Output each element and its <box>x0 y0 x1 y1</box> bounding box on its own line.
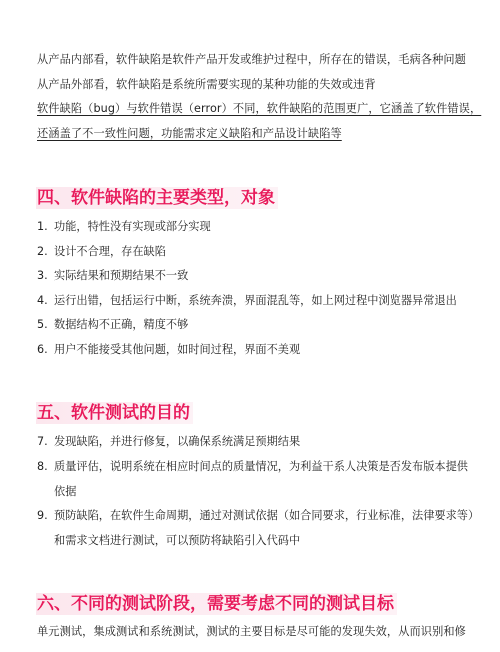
section-5-heading: 五、软件测试的目的 <box>36 402 193 424</box>
document-page: 从产品内部看，软件缺陷是软件产品开发或维护过程中，所存在的错误，毛病各种问题 从… <box>0 0 500 652</box>
list-item-number: 4. <box>37 294 54 308</box>
list-item-text: 预防缺陷，在软件生命周期，通过对测试依据（如合同要求，行业标准，法律要求等） <box>54 509 479 522</box>
list-item: 8.质量评估，说明系统在相应时间点的质量情况，为利益干系人决策是否发布版本提供 <box>37 460 468 474</box>
list-item-text: 用户不能接受其他问题，如时间过程，界面不美观 <box>54 343 300 356</box>
list-item: 2.设计不合理，存在缺陷 <box>37 245 166 259</box>
list-item: 9.预防缺陷，在软件生命周期，通过对测试依据（如合同要求，行业标准，法律要求等） <box>37 509 479 523</box>
list-item: 5.数据结构不正确，精度不够 <box>37 318 188 332</box>
list-item-text: 运行出错，包括运行中断，系统奔溃，界面混乱等，如上网过程中浏览器异常退出 <box>54 294 457 307</box>
list-item: 3.实际结果和预期结果不一致 <box>37 269 188 283</box>
intro-underlined-line-1: 软件缺陷（bug）与软件错误（error）不同，软件缺陷的范围更广，它涵盖了软件… <box>37 102 481 116</box>
list-item: 4.运行出错，包括运行中断，系统奔溃，界面混乱等，如上网过程中浏览器异常退出 <box>37 294 457 308</box>
list-item-number: 6. <box>37 343 54 357</box>
intro-line-1: 从产品内部看，软件缺陷是软件产品开发或维护过程中，所存在的错误，毛病各种问题 <box>37 53 466 67</box>
list-item-number: 5. <box>37 318 54 332</box>
list-item-text: 质量评估，说明系统在相应时间点的质量情况，为利益干系人决策是否发布版本提供 <box>54 460 468 473</box>
list-item-number: 2. <box>37 245 54 259</box>
list-item-text: 发现缺陷，并进行修复，以确保系统满足预期结果 <box>54 435 300 448</box>
list-item-text: 实际结果和预期结果不一致 <box>54 269 188 282</box>
list-item-number: 7. <box>37 435 54 449</box>
list-item-number: 8. <box>37 460 54 474</box>
list-item: 6.用户不能接受其他问题，如时间过程，界面不美观 <box>37 343 300 357</box>
list-item-number: 1. <box>37 220 54 234</box>
list-item-text: 数据结构不正确，精度不够 <box>54 318 188 331</box>
list-item-continuation: 依据 <box>54 485 76 499</box>
list-item-continuation: 和需求文档进行测试，可以预防将缺陷引入代码中 <box>54 534 300 548</box>
list-item-number: 9. <box>37 509 54 523</box>
intro-line-2: 从产品外部看，软件缺陷是系统所需要实现的某种功能的失效或违背 <box>37 78 376 92</box>
list-item: 1.功能，特性没有实现或部分实现 <box>37 220 211 234</box>
list-item: 7.发现缺陷，并进行修复，以确保系统满足预期结果 <box>37 435 300 449</box>
list-item-text: 功能，特性没有实现或部分实现 <box>54 220 211 233</box>
section-6-line-1: 单元测试，集成测试和系统测试，测试的主要目标是尽可能的发现失效，从而识别和修 <box>37 625 466 639</box>
section-4-heading: 四、软件缺陷的主要类型，对象 <box>36 187 278 209</box>
section-6-heading: 六、不同的测试阶段，需要考虑不同的测试目标 <box>36 593 397 615</box>
intro-underlined-line-2: 还涵盖了不一致性问题，功能需求定义缺陷和产品设计缺陷等 <box>37 127 342 141</box>
list-item-text: 设计不合理，存在缺陷 <box>54 245 166 258</box>
list-item-number: 3. <box>37 269 54 283</box>
